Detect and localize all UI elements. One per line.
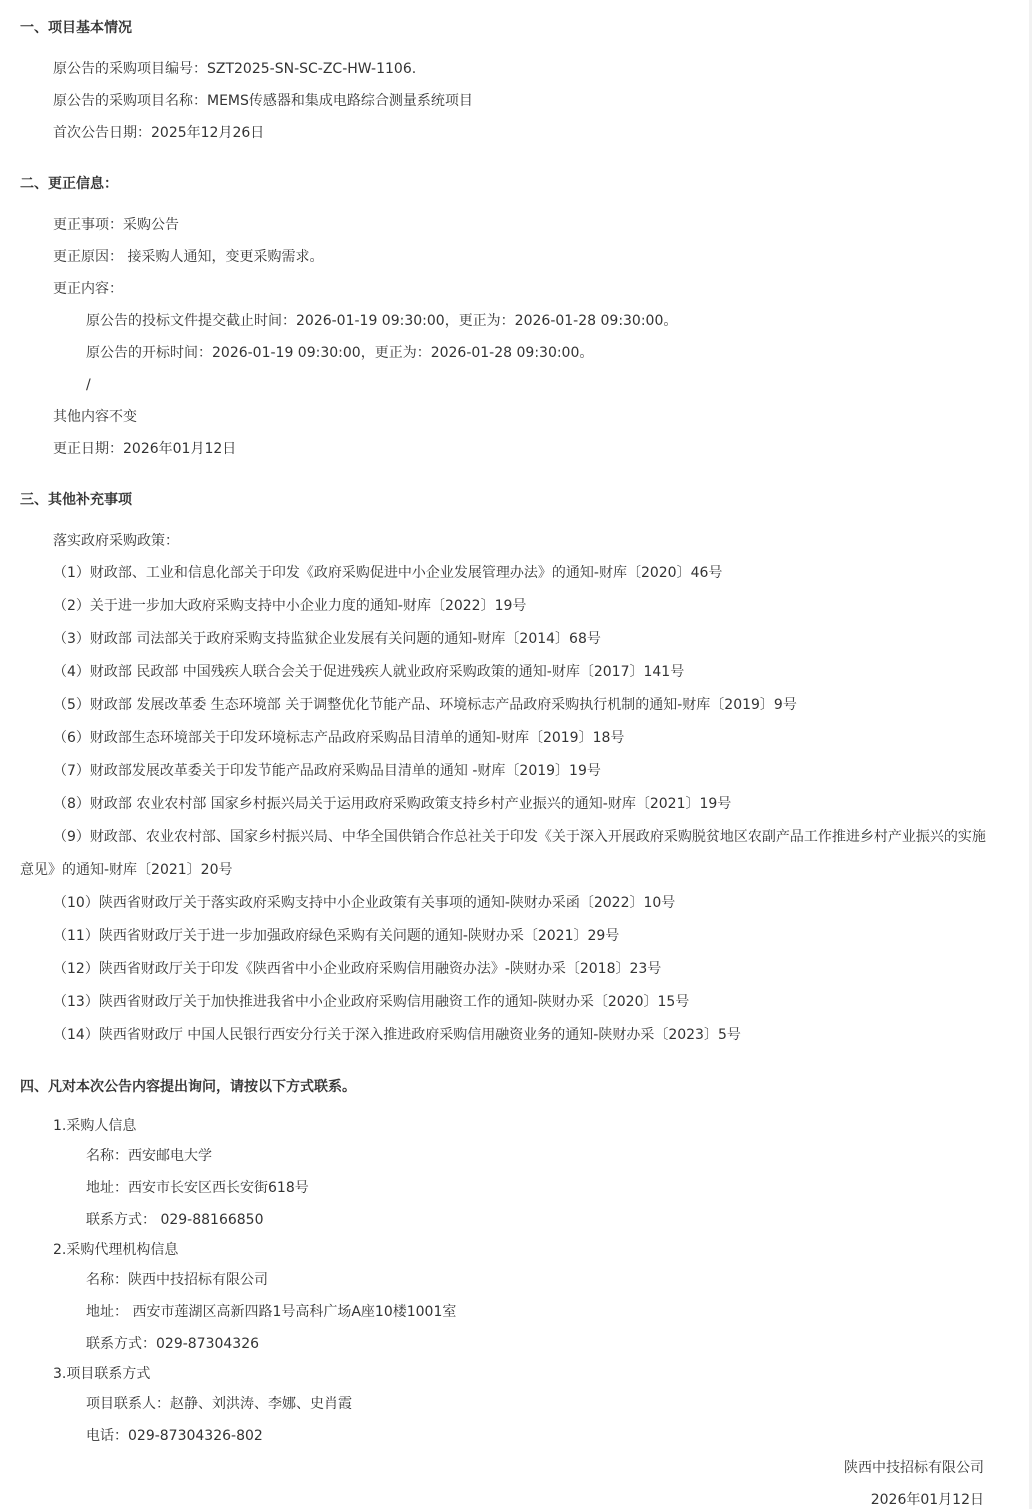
section-heading-correction: 二、更正信息：: [20, 174, 118, 194]
policy-item: （7）财政部发展改革委关于印发节能产品政府采购品目清单的通知 -财库〔2019〕…: [53, 761, 601, 781]
policy-item-9-line1: （9）财政部、农业农村部、国家乡村振兴局、中华全国供销合作总社关于印发《关于深入…: [53, 827, 986, 847]
agency-contact: 联系方式：029-87304326: [86, 1334, 259, 1354]
policy-item: （13）陕西省财政厅关于加快推进我省中小企业政府采购信用融资工作的通知-陕财办采…: [53, 992, 689, 1012]
correction-item: 更正事项：采购公告: [53, 215, 179, 235]
announcement-document: 一、项目基本情况 原公告的采购项目编号：SZT2025-SN-SC-ZC-HW-…: [0, 0, 1028, 1509]
agency-name: 名称：陕西中技招标有限公司: [86, 1270, 268, 1290]
signature-company: 陕西中技招标有限公司: [844, 1458, 984, 1478]
policy-label: 落实政府采购政策：: [53, 531, 179, 551]
correction-date: 更正日期：2026年01月12日: [53, 439, 236, 459]
section-heading-supplementary: 三、其他补充事项: [20, 490, 132, 510]
correction-content-line: /: [86, 375, 91, 395]
section-heading-basic-info: 一、项目基本情况: [20, 18, 132, 38]
correction-content-line: 原公告的投标文件提交截止时间：2026-01-19 09:30:00，更正为：2…: [86, 311, 677, 331]
policy-item: （2）关于进一步加大政府采购支持中小企业力度的通知-财库〔2022〕19号: [53, 596, 526, 616]
project-number: 原公告的采购项目编号：SZT2025-SN-SC-ZC-HW-1106.: [53, 59, 416, 79]
policy-item: （3）财政部 司法部关于政府采购支持监狱企业发展有关问题的通知-财库〔2014〕…: [53, 629, 601, 649]
policy-item: （14）陕西省财政厅 中国人民银行西安分行关于深入推进政府采购信用融资业务的通知…: [53, 1025, 741, 1045]
section-heading-contact: 四、凡对本次公告内容提出询问，请按以下方式联系。: [20, 1077, 356, 1097]
project-contact-title: 3.项目联系方式: [53, 1364, 150, 1384]
policy-item-9-line2: 意见》的通知-财库〔2021〕20号: [20, 860, 233, 880]
project-contact-people: 项目联系人：赵静、刘洪涛、李娜、史肖霞: [86, 1394, 352, 1414]
first-announcement-date: 首次公告日期：2025年12月26日: [53, 123, 264, 143]
policy-item: （4）财政部 民政部 中国残疾人联合会关于促进残疾人就业政府采购政策的通知-财库…: [53, 662, 684, 682]
agency-info-title: 2.采购代理机构信息: [53, 1240, 178, 1260]
policy-item: （11）陕西省财政厅关于进一步加强政府绿色采购有关问题的通知-陕财办采〔2021…: [53, 926, 619, 946]
project-name: 原公告的采购项目名称：MEMS传感器和集成电路综合测量系统项目: [53, 91, 473, 111]
other-unchanged: 其他内容不变: [53, 407, 137, 427]
policy-item: （5）财政部 发展改革委 生态环境部 关于调整优化节能产品、环境标志产品政府采购…: [53, 695, 797, 715]
policy-item: （12）陕西省财政厅关于印发《陕西省中小企业政府采购信用融资办法》-陕财办采〔2…: [53, 959, 661, 979]
purchaser-contact: 联系方式： 029-88166850: [86, 1210, 263, 1230]
agency-address: 地址： 西安市莲湖区高新四路1号高科广场A座10楼1001室: [86, 1302, 456, 1322]
purchaser-name: 名称：西安邮电大学: [86, 1146, 212, 1166]
project-contact-phone: 电话：029-87304326-802: [86, 1426, 263, 1446]
correction-reason: 更正原因： 接采购人通知，变更采购需求。: [53, 247, 323, 267]
policy-item: （6）财政部生态环境部关于印发环境标志产品政府采购品目清单的通知-财库〔2019…: [53, 728, 624, 748]
purchaser-info-title: 1.采购人信息: [53, 1116, 136, 1136]
policy-item: （8）财政部 农业农村部 国家乡村振兴局关于运用政府采购政策支持乡村产业振兴的通…: [53, 794, 731, 814]
correction-content-label: 更正内容：: [53, 279, 123, 299]
purchaser-address: 地址：西安市长安区西长安街618号: [86, 1178, 309, 1198]
signature-date: 2026年01月12日: [871, 1490, 984, 1509]
policy-item: （10）陕西省财政厅关于落实政府采购支持中小企业政策有关事项的通知-陕财办采函〔…: [53, 893, 675, 913]
correction-content-line: 原公告的开标时间：2026-01-19 09:30:00，更正为：2026-01…: [86, 343, 593, 363]
policy-item: （1）财政部、工业和信息化部关于印发《政府采购促进中小企业发展管理办法》的通知-…: [53, 563, 722, 583]
